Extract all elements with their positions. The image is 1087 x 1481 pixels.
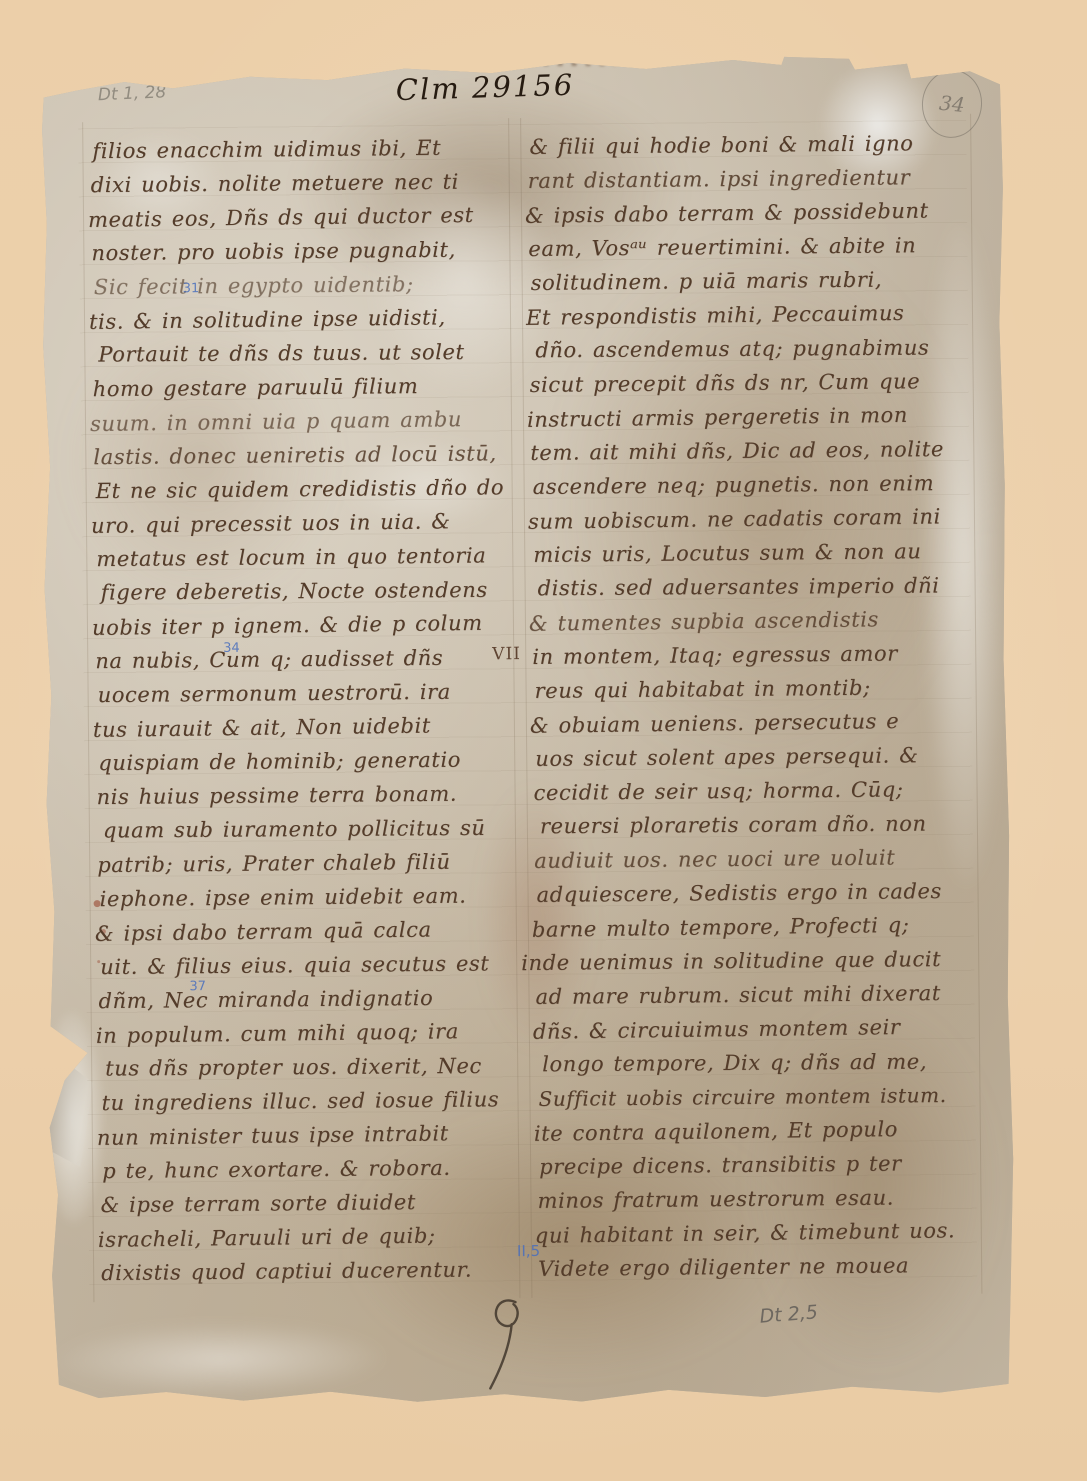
manuscript-text-line: uocem sermonum uestrorū. ira	[97, 674, 527, 712]
folio-number: 34	[938, 91, 966, 117]
torn-edge-fold	[47, 1047, 94, 1167]
manuscript-text-line: ad mare rubrum. sicut mihi dixerat	[535, 975, 1010, 1014]
manuscript-text-line: rant distantiam. ipsi ingredientur	[528, 159, 1003, 198]
text-column-left: filios enacchim uidimus ibi, Etdixi uobi…	[90, 130, 531, 1290]
manuscript-text-line: Videte ergo diligenter ne mouea	[538, 1247, 1013, 1286]
manuscript-text-line: tus dñs propter uos. dixerit, Nec	[105, 1048, 535, 1085]
manuscript-text-line: dixi uobis. nolite metuere nec ti	[91, 164, 521, 202]
manuscript-text-line: qui habitant in seir, & timebunt uos.	[535, 1213, 1010, 1253]
manuscript-text-line: Sufficit uobis circuire montem istum.	[538, 1077, 1013, 1116]
manuscript-text-line: quam sub iuramento pollicitus sū	[103, 811, 533, 848]
manuscript-text-line: homo gestare paruulū filium	[93, 368, 523, 406]
manuscript-text-line: Portauit te dñs ds tuus. ut solet	[98, 335, 528, 372]
manuscript-text-line: & filii qui hodie boni & mali igno	[529, 125, 1004, 164]
manuscript-text-line: figere deberetis, Nocte ostendens	[101, 573, 531, 610]
manuscript-text-line: cecidit de seir usq; horma. Cūq;	[533, 771, 1008, 810]
manuscript-text-line: filios enacchim uidimus ibi, Et	[92, 130, 522, 168]
manuscript-text-line: dixistis quod captiui ducerentur.	[101, 1252, 531, 1290]
manuscript-text-line: minos fratrum uestrorum esau.	[537, 1179, 1012, 1218]
chapter-verse-mark: II,5	[517, 1242, 540, 1260]
verse-number-34: 34	[223, 641, 240, 656]
manuscript-text-line: p te, hunc exortare. & robora.	[102, 1150, 532, 1188]
manuscript-text-line: audiuit uos. nec uoci ure uoluit	[534, 839, 1009, 878]
manuscript-text-line: barne multo tempore, Profecti q;	[532, 907, 1007, 947]
manuscript-text-line: suum. in omni uia p quam ambu	[90, 401, 520, 441]
manuscript-text-line: tis. & in solitudine ipse uidisti,	[89, 299, 519, 339]
manuscript-text-line: in populum. cum mihi quoq; ira	[96, 1013, 526, 1053]
manuscript-text-line: instructi armis pergeretis in mon	[527, 397, 1002, 437]
manuscript-text-line: & tumentes supbia ascendistis	[529, 601, 1004, 641]
verse-number-37: 37	[189, 979, 206, 994]
manuscript-text-line: metatus est locum in quo tentoria	[96, 538, 526, 576]
manuscript-text-line: dñs. & circuiuimus montem seir	[533, 1009, 1008, 1049]
abrasion-patch	[55, 1321, 386, 1396]
manuscript-text-line: uit. & filius eius. quia secutus est	[100, 946, 530, 984]
manuscript-text-line: sum uobiscum. ne cadatis coram ini	[528, 499, 1003, 539]
manuscript-text-line: uos sicut solent apes persequi. &	[535, 737, 1010, 776]
manuscript-text-line: uro. qui precessit uos in uia. &	[91, 503, 521, 543]
manuscript-text-line: na nubis, Cum q; audisset dñs	[95, 640, 525, 678]
manuscript-text-line: tu ingrediens illuc. sed iosue filius	[101, 1082, 531, 1120]
manuscript-text-line: dñm, Nec miranda indignatio	[98, 980, 528, 1018]
manuscript-text-line: & ipsi dabo terram quā calca	[95, 911, 525, 951]
manuscript-text-line: precipe dicens. transibitis p ter	[539, 1145, 1014, 1184]
manuscript-text-line: reus qui habitabat in montib;	[534, 669, 1009, 708]
photo-backdrop: Dt 1, 28 Clm 29156 34 filios enacchim ui…	[0, 0, 1087, 1481]
manuscript-text-line: lastis. donec ueniretis ad locū istū,	[93, 436, 523, 474]
manuscript-text-line: tem. ait mihi dñs, Dic ad eos, nolite	[530, 431, 1005, 470]
manuscript-text-line: micis uris, Locutus sum & non au	[533, 533, 1008, 572]
ink-flourish	[485, 1294, 532, 1394]
manuscript-text-line: uobis iter p ignem. & die p colum	[92, 605, 522, 645]
text-column-right: & filii qui hodie boni & mali ignorant d…	[527, 125, 1013, 1286]
manuscript-text-line: iephone. ipse enim uidebit eam.	[99, 878, 529, 916]
quire-numeral-vii: VII	[492, 644, 521, 664]
manuscript-text-line: dño. ascendemus atq; pugnabimus	[535, 330, 1010, 367]
manuscript-text-line: Et respondistis mihi, Peccauimus	[526, 295, 1001, 335]
manuscript-text-line: ascendere neq; pugnetis. non enim	[532, 465, 1007, 504]
manuscript-text-line: in montem, Itaq; egressus amor	[532, 635, 1007, 674]
manuscript-text-line: & ipse terram sorte diuidet	[100, 1184, 530, 1222]
manuscript-text-line: Sic fecit in egypto uidentib;	[94, 266, 524, 304]
manuscript-text-line: & ipsis dabo terram & possidebunt	[525, 193, 1000, 233]
shelfmark-inscription: Clm 29156	[395, 68, 574, 107]
manuscript-text-line: Et ne sic quidem credidistis dño do	[96, 470, 526, 508]
manuscript-text-line: tus iurauit & ait, Non uidebit	[93, 707, 523, 747]
manuscript-text-line: adquiescere, Sedistis ergo in cades	[536, 873, 1011, 912]
manuscript-text-line: eam, Vosᵃᵘ reuertimini. & abite in	[528, 227, 1003, 266]
manuscript-text-line: sicut precepit dñs ds nr, Cum que	[530, 363, 1005, 402]
pencil-annotation-dt-2-5: Dt 2,5	[759, 1301, 819, 1328]
manuscript-text-line: distis. sed aduersantes imperio dñi	[538, 568, 1013, 605]
manuscript-text-line: nis huius pessime terra bonam.	[96, 776, 526, 814]
manuscript-text-line: quispiam de hominib; generatio	[98, 742, 528, 780]
manuscript-text-line: noster. pro uobis ipse pugnabit,	[91, 232, 521, 270]
pencil-annotation-dt-1-28: Dt 1, 28	[97, 82, 166, 105]
manuscript-text-line: patrib; uris, Prater chaleb filiū	[97, 844, 527, 882]
manuscript-text-line: & obuiam ueniens. persecutus e	[530, 703, 1005, 743]
trimmed-text-remnant	[446, 56, 616, 66]
manuscript-text-line: reuersi ploraretis coram dño. non	[540, 806, 1015, 843]
manuscript-page: Dt 1, 28 Clm 29156 34 filios enacchim ui…	[38, 53, 1017, 1410]
manuscript-text-line: inde uenimus in solitudine que ducit	[521, 942, 996, 981]
manuscript-text-line: ite contra aquilonem, Et populo	[534, 1111, 1009, 1151]
manuscript-text-line: meatis eos, Dñs ds qui ductor est	[88, 197, 518, 237]
verse-number-31: 31	[183, 281, 200, 296]
manuscript-text-line: isracheli, Paruuli uri de quib;	[98, 1217, 528, 1257]
manuscript-text-line: longo tempore, Dix q; dñs ad me,	[542, 1044, 1017, 1081]
manuscript-text-line: nun minister tuus ipse intrabit	[97, 1115, 527, 1155]
manuscript-text-line: solitudinem. p uiā maris rubri,	[531, 261, 1006, 300]
